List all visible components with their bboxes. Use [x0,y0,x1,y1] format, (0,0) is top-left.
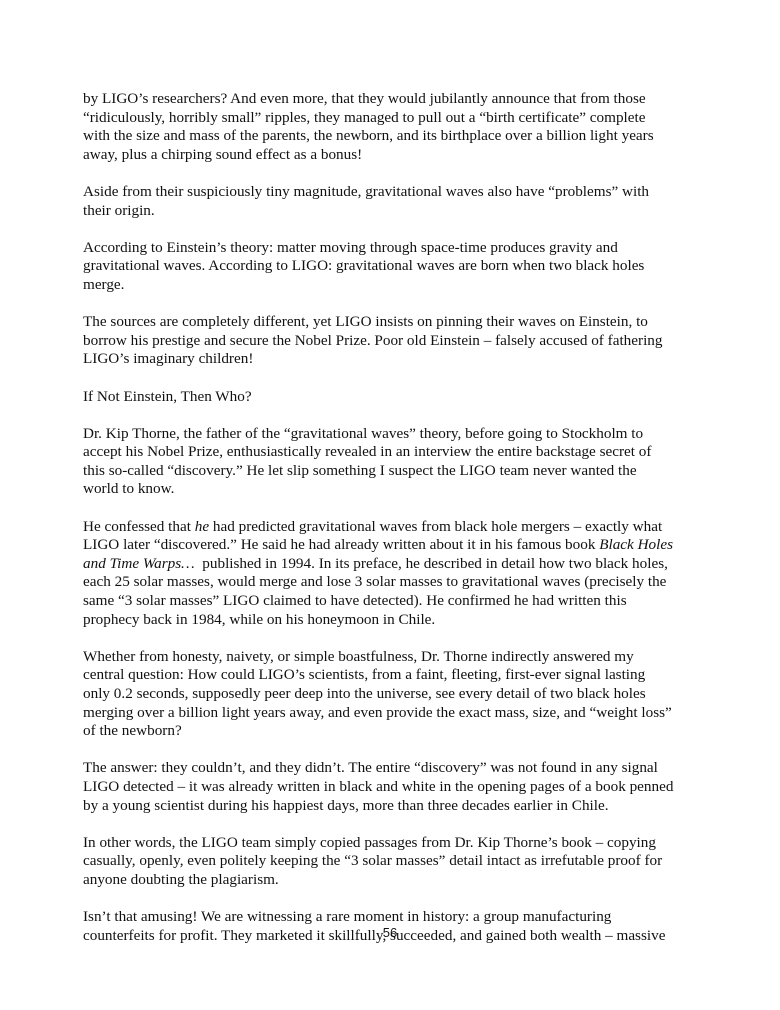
text-line: merge. [83,276,723,295]
text-line: and Time Warps… published in 1994. In it… [83,555,723,574]
text-line: Isn’t that amusing! We are witnessing a … [83,908,723,927]
text-line: LIGO later “discovered.” He said he had … [83,536,723,555]
text-run: He confessed that [83,518,195,535]
text-line: The answer: they couldn’t, and they didn… [83,759,723,778]
paragraph-the-answer: The answer: they couldn’t, and they didn… [83,759,723,815]
paragraph-birth-certificate: by LIGO’s researchers? And even more, th… [83,90,723,164]
document-page: by LIGO’s researchers? And even more, th… [0,0,780,1010]
text-line: The sources are completely different, ye… [83,313,723,332]
page-number: 56 [0,925,780,940]
text-run: LIGO later “discovered.” He said he had … [83,536,599,553]
paragraph-einstein-vs-ligo: According to Einstein’s theory: matter m… [83,239,723,295]
text-line: gravitational waves. According to LIGO: … [83,257,723,276]
text-line: only 0.2 seconds, supposedly peer deep i… [83,685,723,704]
text-line: of the newborn? [83,722,723,741]
text-line: world to know. [83,480,723,499]
paragraph-central-question: Whether from honesty, naivety, or simple… [83,648,723,741]
text-line: LIGO’s imaginary children! [83,350,723,369]
text-line: LIGO detected – it was already written i… [83,778,723,797]
text-line: merging over a billion light years away,… [83,704,723,723]
section-heading-text: If Not Einstein, Then Who? [83,388,723,407]
text-line: Aside from their suspiciously tiny magni… [83,183,723,202]
text-run: had predicted gravitational waves from b… [209,518,662,535]
text-line: with the size and mass of the parents, t… [83,127,723,146]
text-line: same “3 solar masses” LIGO claimed to ha… [83,592,723,611]
text-run: published in 1994. In its preface, he de… [195,555,668,572]
book-title-text: Black Holes [599,536,673,553]
text-line: Dr. Kip Thorne, the father of the “gravi… [83,425,723,444]
text-line: He confessed that he had predicted gravi… [83,518,723,537]
text-line: by LIGO’s researchers? And even more, th… [83,90,723,109]
text-line: prophecy back in 1984, while on his hone… [83,611,723,630]
text-line: According to Einstein’s theory: matter m… [83,239,723,258]
paragraph-kip-thorne: Dr. Kip Thorne, the father of the “gravi… [83,425,723,499]
paragraph-different-sources: The sources are completely different, ye… [83,313,723,369]
paragraph-in-other-words: In other words, the LIGO team simply cop… [83,834,723,890]
text-line: their origin. [83,202,723,221]
text-line: borrow his prestige and secure the Nobel… [83,332,723,351]
text-line: accept his Nobel Prize, enthusiastically… [83,443,723,462]
body-text: by LIGO’s researchers? And even more, th… [83,90,723,964]
text-line: each 25 solar masses, would merge and lo… [83,573,723,592]
emphasis-text: he [195,518,209,535]
paragraph-confession: He confessed that he had predicted gravi… [83,518,723,630]
text-line: In other words, the LIGO team simply cop… [83,834,723,853]
text-line: central question: How could LIGO’s scien… [83,666,723,685]
section-heading: If Not Einstein, Then Who? [83,388,723,407]
text-line: this so-called “discovery.” He let slip … [83,462,723,481]
text-line: “ridiculously, horribly small” ripples, … [83,109,723,128]
text-line: away, plus a chirping sound effect as a … [83,146,723,165]
paragraph-origin-problems: Aside from their suspiciously tiny magni… [83,183,723,220]
text-line: anyone doubting the plagiarism. [83,871,723,890]
text-line: casually, openly, even politely keeping … [83,852,723,871]
book-title-text: and Time Warps… [83,555,195,572]
text-line: by a young scientist during his happiest… [83,797,723,816]
text-line: Whether from honesty, naivety, or simple… [83,648,723,667]
